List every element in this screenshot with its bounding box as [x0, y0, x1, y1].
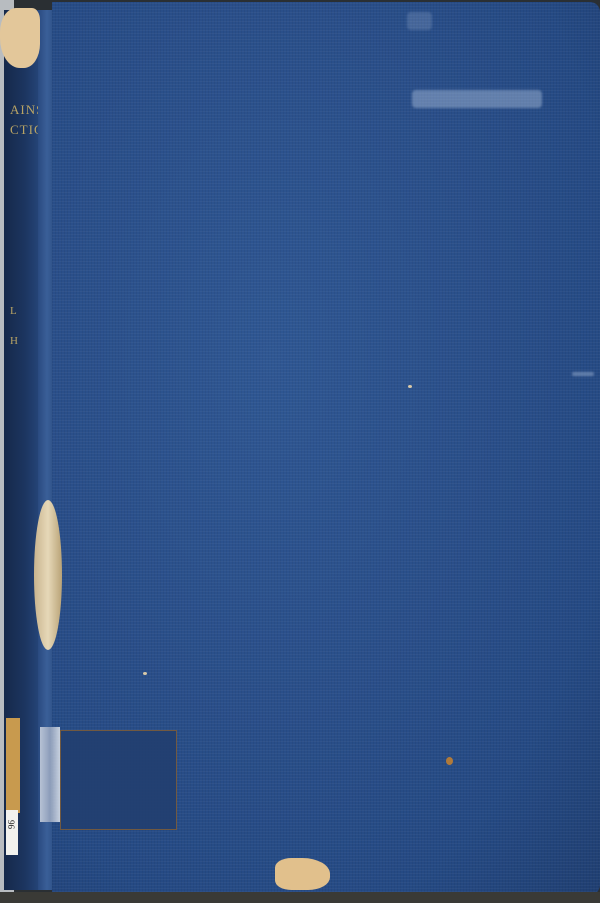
spine-author-line-1: L — [10, 305, 18, 317]
repair-tape — [40, 727, 60, 822]
cover-spot — [446, 757, 453, 765]
library-label-text: 96 — [6, 820, 16, 829]
library-label — [6, 810, 18, 855]
torn-corner — [0, 8, 40, 68]
bottom-edge — [0, 892, 600, 903]
cover-scuff — [572, 372, 594, 376]
exposed-paper — [34, 500, 62, 650]
spine-author-line-2: H — [10, 335, 19, 347]
cover-chip — [275, 858, 330, 890]
cloth-patch — [60, 730, 177, 830]
cover-scuff — [412, 90, 542, 108]
cover-scuff — [407, 12, 432, 30]
cover-spot — [408, 385, 412, 388]
cover-spot — [143, 672, 147, 675]
spine-tan-strip — [6, 718, 20, 813]
